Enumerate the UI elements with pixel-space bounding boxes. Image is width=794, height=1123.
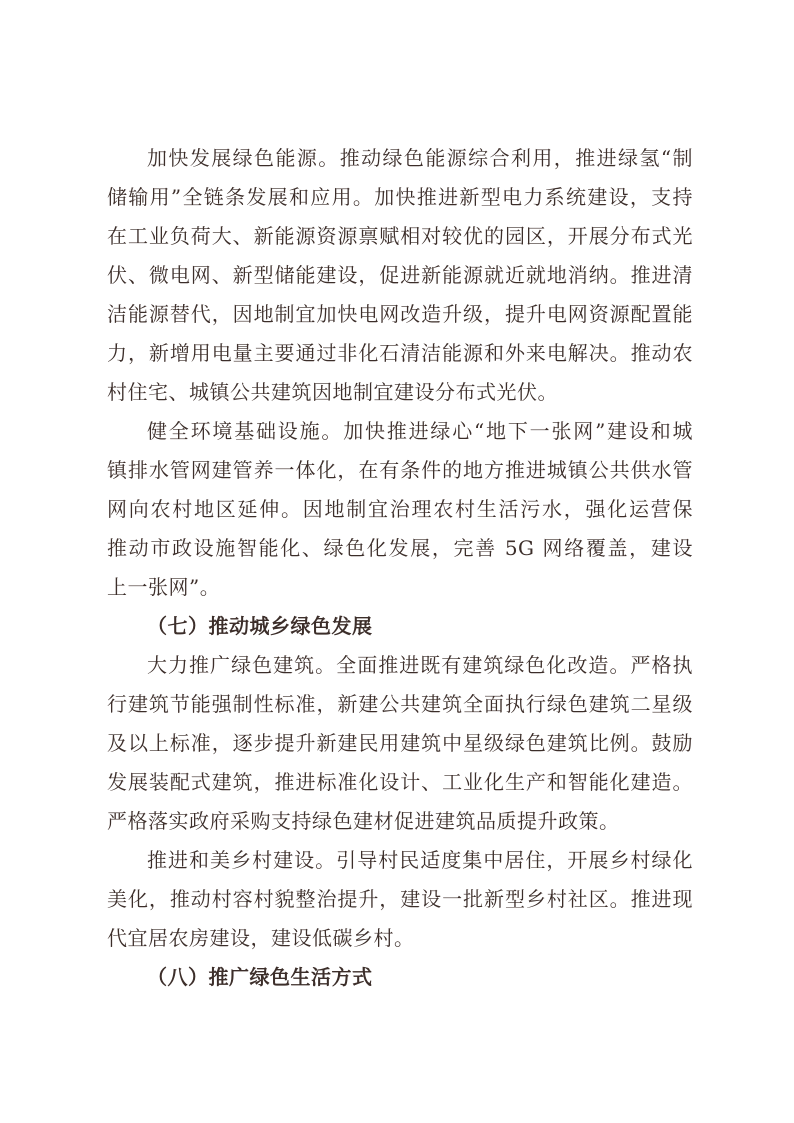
- text-line: 大力推广绿色建筑。全面推进既有建筑绿色化改造。严格执: [107, 646, 693, 685]
- text-line: 上一张网”。: [107, 568, 693, 607]
- text-line: 洁能源替代，因地制宜加快电网改造升级，提升电网资源配置能: [107, 295, 693, 334]
- text-line: 储输用”全链条发展和应用。加快推进新型电力系统建设，支持: [107, 178, 693, 217]
- text-line: 力，新增用电量主要通过非化石清洁能源和外来电解决。推动农: [107, 334, 693, 373]
- text-line: 伏、微电网、新型储能建设，促进新能源就近就地消纳。推进清: [107, 256, 693, 295]
- document-body: 加快发展绿色能源。推动绿色能源综合利用，推进绿氢“制储输用”全链条发展和应用。加…: [107, 139, 693, 997]
- text-line: 发展装配式建筑，推进标准化设计、工业化生产和智能化建造。: [107, 763, 693, 802]
- text-line: 推进和美乡村建设。引导村民适度集中居住，开展乡村绿化: [107, 841, 693, 880]
- section-heading: （七）推动城乡绿色发展: [107, 607, 693, 646]
- text-line: 行建筑节能强制性标准，新建公共建筑全面执行绿色建筑二星级: [107, 685, 693, 724]
- text-line: 推动市政设施智能化、绿色化发展，完善 5G 网络覆盖，建设“云: [107, 529, 693, 568]
- text-line: 代宜居农房建设，建设低碳乡村。: [107, 919, 693, 958]
- text-line: 村住宅、城镇公共建筑因地制宜建设分布式光伏。: [107, 373, 693, 412]
- text-line: 及以上标准，逐步提升新建民用建筑中星级绿色建筑比例。鼓励: [107, 724, 693, 763]
- text-line: 镇排水管网建管养一体化，在有条件的地方推进城镇公共供水管: [107, 451, 693, 490]
- document-page: 加快发展绿色能源。推动绿色能源综合利用，推进绿氢“制储输用”全链条发展和应用。加…: [0, 0, 794, 1123]
- text-line: 严格落实政府采购支持绿色建材促进建筑品质提升政策。: [107, 802, 693, 841]
- text-line: 在工业负荷大、新能源资源禀赋相对较优的园区，开展分布式光: [107, 217, 693, 256]
- text-line: 健全环境基础设施。加快推进绿心“地下一张网”建设和城: [107, 412, 693, 451]
- text-line: 网向农村地区延伸。因地制宜治理农村生活污水，强化运营保障。: [107, 490, 693, 529]
- text-line: 美化，推动村容村貌整治提升，建设一批新型乡村社区。推进现: [107, 880, 693, 919]
- section-heading: （八）推广绿色生活方式: [107, 958, 693, 997]
- text-line: 加快发展绿色能源。推动绿色能源综合利用，推进绿氢“制: [107, 139, 693, 178]
